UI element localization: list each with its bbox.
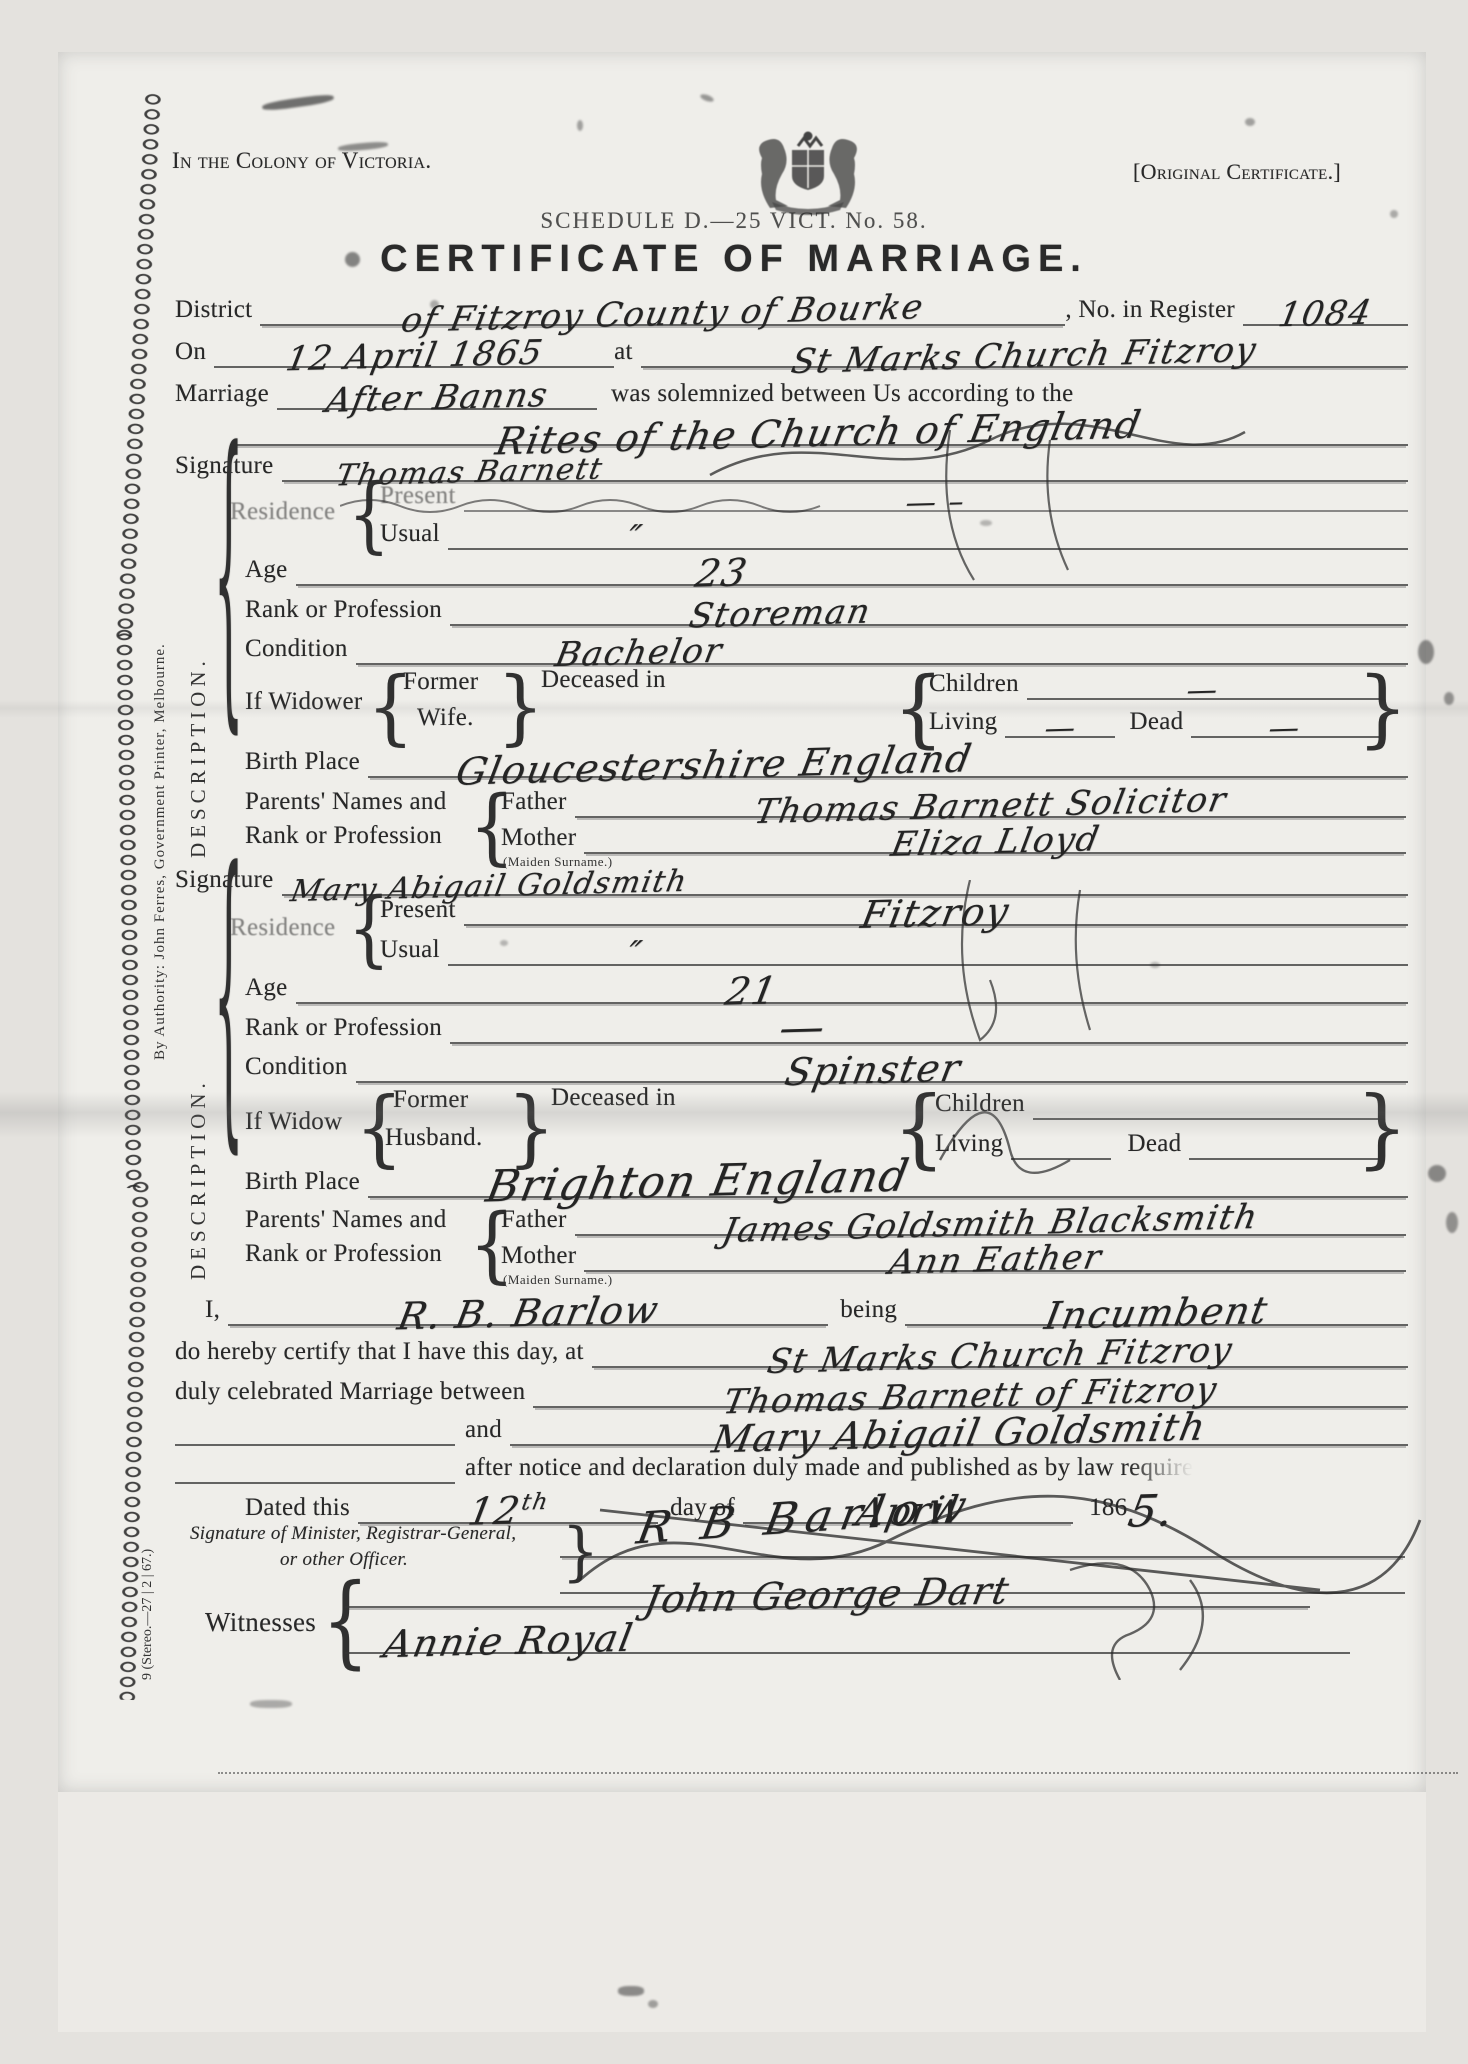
present-label: Present xyxy=(380,482,456,513)
celebrant-name: R. B. Barlow xyxy=(395,1292,662,1333)
bride-condition-rule: Spinster xyxy=(356,1045,1408,1083)
father-label: Father xyxy=(501,1206,567,1237)
blank-rule xyxy=(175,1446,455,1484)
between-label: duly celebrated Marriage between xyxy=(175,1378,525,1409)
blank-rule xyxy=(175,1408,455,1446)
speck xyxy=(500,940,508,946)
between-rule: Thomas Barnett of Fitzroy xyxy=(533,1370,1408,1408)
and-row: and Mary Abigail Goldsmith xyxy=(175,1408,1408,1446)
condition-label: Condition xyxy=(245,1053,348,1084)
residence-label: Residence xyxy=(230,914,335,942)
bride-usual-rule: ″ xyxy=(448,928,1408,966)
scan-fold-band xyxy=(0,700,1468,718)
bride-age-rule: 21 xyxy=(296,966,1408,1004)
groom-present-rule: — – xyxy=(464,474,1408,512)
groom-living-value: — xyxy=(1042,715,1079,743)
original-certificate-note: [Original Certificate.] xyxy=(1133,160,1341,184)
royal-coat-of-arms-icon xyxy=(742,128,874,216)
usual-label: Usual xyxy=(380,936,440,967)
notice-row: after notice and declaration duly made a… xyxy=(175,1446,1408,1484)
dated-day-suffix: th xyxy=(519,1489,551,1516)
groom-father-rule: Thomas Barnett Solicitor xyxy=(575,780,1406,818)
birthplace-label: Birth Place xyxy=(245,748,360,779)
on-label: On xyxy=(175,338,206,369)
parents-label-2: Rank or Profession xyxy=(245,1240,442,1268)
birthplace-label: Birth Place xyxy=(245,1168,360,1199)
groom-birthplace-rule: Gloucestershire England xyxy=(368,740,1408,778)
speck xyxy=(1446,1212,1458,1233)
marriage-certificate-scan: In the Colony of Victoria. [Original Cer… xyxy=(0,0,1468,2064)
certificate-title: CERTIFICATE OF MARRIAGE. xyxy=(0,238,1468,281)
witness-1: John George Dart xyxy=(642,1573,1013,1617)
rites-row: Rites of the Church of England xyxy=(230,408,1408,446)
speck xyxy=(577,120,583,131)
and-rule: Mary Abigail Goldsmith xyxy=(510,1408,1408,1446)
children-label: Children xyxy=(929,670,1019,701)
witness1-rule: John George Dart xyxy=(345,1566,1310,1608)
groom-mother-rule: Eliza Lloyd xyxy=(584,816,1406,854)
bride-age: 21 xyxy=(722,973,780,1009)
parents-label-1: Parents' Names and xyxy=(245,788,447,816)
bride-present-row: Present Fitzroy xyxy=(380,888,1408,926)
district-rule: of Fitzroy County of Bourke xyxy=(260,288,1065,326)
groom-residence-block: Residence { Present — – Usual ″ xyxy=(230,478,1408,552)
bride-mother-row: Mother Ann Eather xyxy=(501,1234,1406,1272)
rank-label: Rank or Profession xyxy=(245,1014,442,1045)
mother-label: Mother xyxy=(501,1242,576,1273)
colony-line: In the Colony of Victoria. xyxy=(172,148,431,173)
between-row: duly celebrated Marriage between Thomas … xyxy=(175,1370,1408,1408)
groom-mother: Eliza Lloyd xyxy=(888,825,1102,861)
mother-label: Mother xyxy=(501,824,576,855)
scanner-background xyxy=(58,1792,1426,2032)
residence-label: Residence xyxy=(230,498,335,526)
speck xyxy=(345,252,360,267)
speck xyxy=(618,1986,644,1996)
register-label: , No. in Register xyxy=(1065,296,1235,327)
groom-age-rule: 23 xyxy=(296,548,1408,586)
deceased-label: Deceased in xyxy=(541,666,666,694)
speck xyxy=(1428,1165,1446,1182)
groom-children-rule: — xyxy=(1027,662,1379,700)
bride-condition-row: Condition Spinster xyxy=(245,1045,1408,1083)
present-label: Present xyxy=(380,896,456,927)
speck xyxy=(430,300,439,309)
groom-mother-row: Mother Eliza Lloyd xyxy=(501,816,1406,854)
schedule-line: SCHEDULE D.—25 VICT. No. 58. xyxy=(0,208,1468,233)
bottom-torn-edge xyxy=(218,1772,1458,1774)
speck xyxy=(1150,962,1160,968)
bride-birthplace-rule: Brighton England xyxy=(368,1160,1408,1198)
certify-place-rule: St Marks Church Fitzroy xyxy=(592,1330,1408,1368)
bride-residence-block: Residence { Present Fitzroy Usual ″ xyxy=(230,892,1408,966)
bride-rank: — xyxy=(776,1008,829,1049)
bride-father-rule: James Goldsmith Blacksmith xyxy=(575,1198,1406,1236)
bride-mother: Ann Eather xyxy=(886,1243,1104,1279)
district-label: District xyxy=(175,296,252,327)
groom-usual-row: Usual ″ xyxy=(380,512,1408,550)
bride-present-value: Fitzroy xyxy=(859,894,1013,932)
speck xyxy=(980,520,992,526)
bride-rank-row: Rank or Profession — xyxy=(245,1006,1408,1044)
groom-birthplace-row: Birth Place Gloucestershire England xyxy=(245,740,1408,778)
bride-present-rule: Fitzroy xyxy=(464,888,1408,926)
groom-children-row: Children — xyxy=(929,662,1379,700)
groom-rank-rule: Storeman xyxy=(450,588,1408,626)
witness-2: Annie Royal xyxy=(381,1621,636,1662)
celebrant-row: I, R. B. Barlow being Incumbent xyxy=(205,1288,1408,1326)
date-place-row: On 12 April 1865 at St Marks Church Fitz… xyxy=(175,330,1408,368)
groom-usual-rule: ″ xyxy=(448,512,1408,550)
date-rule: 12 April 1865 xyxy=(214,330,614,368)
notice-main: after notice and declaration duly made a… xyxy=(465,1454,1120,1481)
marriage-row: Marriage After Banns was solemnized betw… xyxy=(175,372,1408,410)
certify-line-label: do hereby certify that I have this day, … xyxy=(175,1338,584,1369)
bride-age-row: Age 21 xyxy=(245,966,1408,1004)
notice-faded: required xyxy=(1120,1454,1206,1482)
speck xyxy=(1390,210,1398,218)
bride-rank-rule: — xyxy=(450,1006,1408,1044)
certify-row: do hereby certify that I have this day, … xyxy=(175,1330,1408,1368)
speck xyxy=(1245,118,1255,126)
marriage-rule: After Banns xyxy=(277,372,597,410)
age-label: Age xyxy=(245,974,288,1005)
father-label: Father xyxy=(501,788,567,819)
rank-label: Rank or Profession xyxy=(245,596,442,627)
marriage-date: 12 April 1865 xyxy=(283,338,545,375)
celebrant-name-rule: R. B. Barlow xyxy=(228,1288,828,1326)
groom-rank-row: Rank or Profession Storeman xyxy=(245,588,1408,626)
groom-age: 23 xyxy=(692,555,750,591)
bride-mother-rule: Ann Eather xyxy=(584,1234,1406,1272)
rites-rule: Rites of the Church of England xyxy=(230,408,1408,446)
officer-label-line1: Signature of Minister, Registrar-General… xyxy=(190,1524,516,1545)
age-label: Age xyxy=(245,556,288,587)
i-label: I, xyxy=(205,1296,220,1327)
register-rule: 1084 xyxy=(1243,288,1408,326)
groom-father-row: Father Thomas Barnett Solicitor xyxy=(501,780,1406,818)
celebrant-office: Incumbent xyxy=(1042,1293,1271,1333)
place-rule: St Marks Church Fitzroy xyxy=(641,330,1408,368)
parents-label-2: Rank or Profession xyxy=(245,822,442,850)
scan-fold-band xyxy=(0,1092,1468,1138)
being-label: being xyxy=(840,1296,897,1327)
usual-label: Usual xyxy=(380,520,440,551)
witnesses-label: Witnesses xyxy=(205,1608,316,1638)
condition-label: Condition xyxy=(245,635,348,666)
speck xyxy=(1444,692,1454,705)
bride-birthplace-row: Birth Place Brighton England xyxy=(245,1160,1408,1198)
register-value: 1084 xyxy=(1276,298,1375,331)
former-label: Former xyxy=(403,668,478,696)
groom-dead-value: — xyxy=(1267,715,1304,743)
bride-father-row: Father James Goldsmith Blacksmith xyxy=(501,1198,1406,1236)
dated-label: Dated this xyxy=(245,1494,350,1525)
groom-present-row: Present — – xyxy=(380,474,1408,512)
parents-label-1: Parents' Names and xyxy=(245,1206,447,1234)
bride-usual-row: Usual ″ xyxy=(380,928,1408,966)
printer-credit: By Authority: John Ferres, Government Pr… xyxy=(152,500,169,1060)
at-label: at xyxy=(614,338,633,369)
speck xyxy=(648,2000,658,2008)
groom-description-brace: { xyxy=(214,410,243,732)
groom-condition-row: Condition Bachelor xyxy=(245,627,1408,665)
maiden-surname-note: (Maiden Surname.) xyxy=(503,1272,613,1288)
speck xyxy=(1418,640,1434,664)
speck xyxy=(250,1700,292,1708)
notice-text: after notice and declaration duly made a… xyxy=(465,1454,1206,1485)
and-label: and xyxy=(465,1416,502,1447)
stereo-note: 9 (Stereo.—27 | 2 | 67.) xyxy=(140,1440,156,1680)
being-rule: Incumbent xyxy=(905,1288,1408,1326)
district-row: District of Fitzroy County of Bourke , N… xyxy=(175,288,1408,326)
witness2-rule: Annie Royal xyxy=(345,1612,1350,1654)
groom-age-row: Age 23 xyxy=(245,548,1408,586)
bride-parents-block: Parents' Names and Rank or Profession { … xyxy=(245,1200,1408,1292)
